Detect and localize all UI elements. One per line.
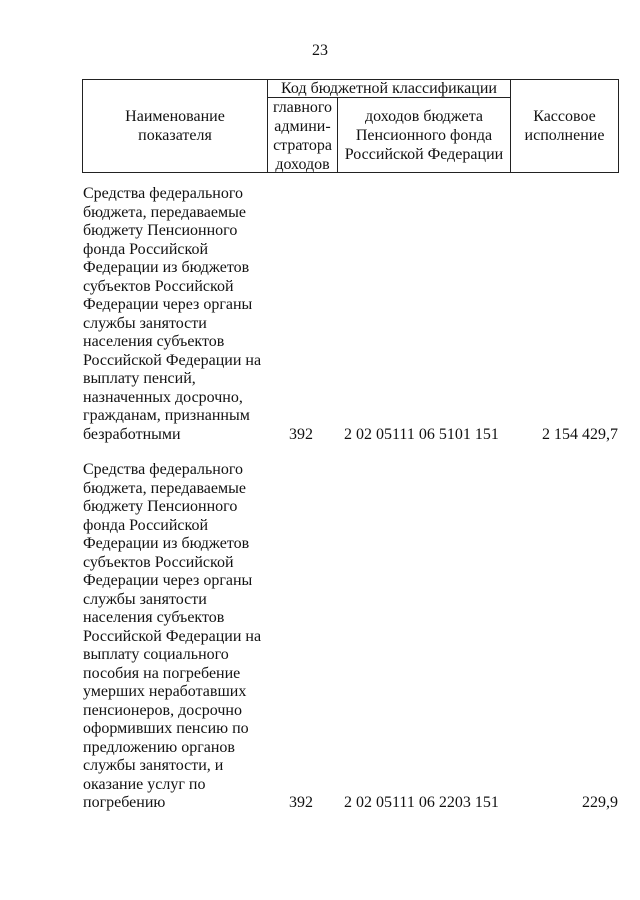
- row-revenue-code: 2 02 05111 06 2203 151: [344, 794, 499, 813]
- header-name: Наименование показателя: [83, 80, 267, 172]
- row-execution: 229,9: [582, 794, 618, 813]
- header-execution: Кассовое исполнение: [511, 80, 618, 172]
- row-name: Средства федерального бюджета, передавае…: [83, 461, 273, 813]
- header-revenue: доходов бюджета Пенсионного фонда Россий…: [338, 98, 510, 173]
- row-execution: 2 154 429,7: [542, 426, 618, 445]
- header-budget-code-group: Код бюджетной классификации: [268, 79, 510, 97]
- row-admin-code: 392: [289, 426, 313, 445]
- row-name: Средства федерального бюджета, передавае…: [83, 185, 273, 444]
- header-admin: главного админи- стратора доходов: [268, 98, 337, 173]
- row-admin-code: 392: [289, 794, 313, 813]
- row-revenue-code: 2 02 05111 06 5101 151: [344, 426, 499, 445]
- page-number: 23: [0, 42, 640, 60]
